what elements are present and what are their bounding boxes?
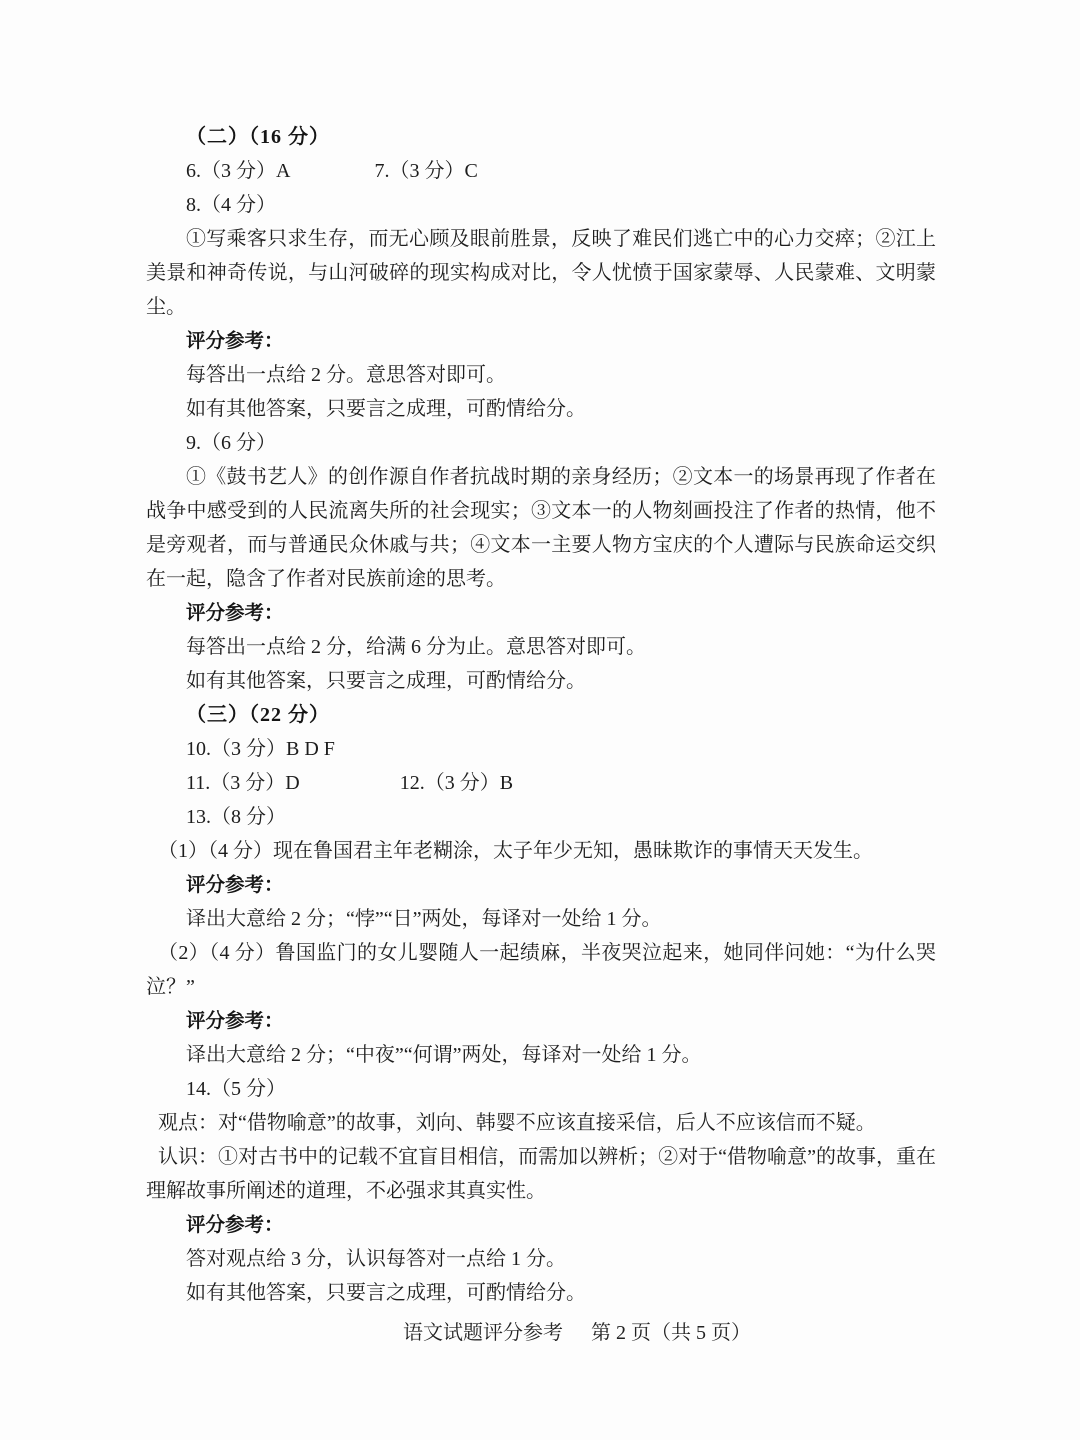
page-footer: 语文试题评分参考第 2 页（共 5 页） (0, 1318, 1080, 1348)
q9-score-label: 评分参考： (146, 596, 936, 630)
answer-q12: 12.（3 分）B (400, 772, 513, 794)
footer-page-number: 第 2 页（共 5 页） (591, 1322, 751, 1344)
q13-part1-score-note: 译出大意给 2 分；“悖”“日”两处，每译对一处给 1 分。 (146, 902, 936, 936)
q9-score-note-1: 每答出一点给 2 分，给满 6 分为止。意思答对即可。 (146, 630, 936, 664)
q13-part1-score-label: 评分参考： (146, 868, 936, 902)
q13-part2-score-label: 评分参考： (146, 1004, 936, 1038)
q14-score-note-1: 答对观点给 3 分，认识每答对一点给 1 分。 (146, 1242, 936, 1276)
q14-understanding: 认识：①对古书中的记载不宜盲目相信，而需加以辨析；②对于“借物喻意”的故事，重在… (146, 1140, 936, 1208)
q8-answer-paragraph: ①写乘客只求生存，而无心顾及眼前胜景，反映了难民们逃亡中的心力交瘁；②江上美景和… (146, 222, 936, 324)
q14-label: 14.（5 分） (146, 1072, 936, 1106)
q9-score-note-2: 如有其他答案，只要言之成理，可酌情给分。 (146, 664, 936, 698)
answer-q10: 10.（3 分）B D F (146, 732, 936, 766)
q9-answer-paragraph: ①《鼓书艺人》的创作源自作者抗战时期的亲身经历；②文本一的场景再现了作者在战争中… (146, 460, 936, 596)
answer-q6: 6.（3 分）A (186, 160, 290, 182)
q13-part2-answer: （2）（4 分）鲁国监门的女儿婴随人一起绩麻，半夜哭泣起来，她同伴问她：“为什么… (146, 936, 936, 1004)
q9-label: 9.（6 分） (146, 426, 936, 460)
q8-label: 8.（4 分） (146, 188, 936, 222)
section-2-heading: （二）（16 分） (146, 120, 936, 154)
q13-part2-score-note: 译出大意给 2 分；“中夜”“何谓”两处，每译对一处给 1 分。 (146, 1038, 936, 1072)
document-page: （二）（16 分） 6.（3 分）A7.（3 分）C 8.（4 分） ①写乘客只… (0, 0, 1080, 1440)
answers-row-11-12: 11.（3 分）D12.（3 分）B (146, 766, 936, 800)
answer-q11: 11.（3 分）D (186, 772, 300, 794)
q13-part1-answer: （1）（4 分）现在鲁国君主年老糊涂，太子年少无知，愚昧欺诈的事情天天发生。 (146, 834, 936, 868)
q14-viewpoint: 观点：对“借物喻意”的故事，刘向、韩婴不应该直接采信，后人不应该信而不疑。 (146, 1106, 936, 1140)
q8-score-note-2: 如有其他答案，只要言之成理，可酌情给分。 (146, 392, 936, 426)
q13-label: 13.（8 分） (146, 800, 936, 834)
footer-doc-title: 语文试题评分参考 (403, 1322, 563, 1344)
q8-score-note-1: 每答出一点给 2 分。意思答对即可。 (146, 358, 936, 392)
answer-key-content: （二）（16 分） 6.（3 分）A7.（3 分）C 8.（4 分） ①写乘客只… (146, 120, 936, 1310)
section-3-heading: （三）（22 分） (146, 698, 936, 732)
answer-q7: 7.（3 分）C (374, 160, 477, 182)
q14-score-label: 评分参考： (146, 1208, 936, 1242)
q14-score-note-2: 如有其他答案，只要言之成理，可酌情给分。 (146, 1276, 936, 1310)
q8-score-label: 评分参考： (146, 324, 936, 358)
answers-row-6-7: 6.（3 分）A7.（3 分）C (146, 154, 936, 188)
